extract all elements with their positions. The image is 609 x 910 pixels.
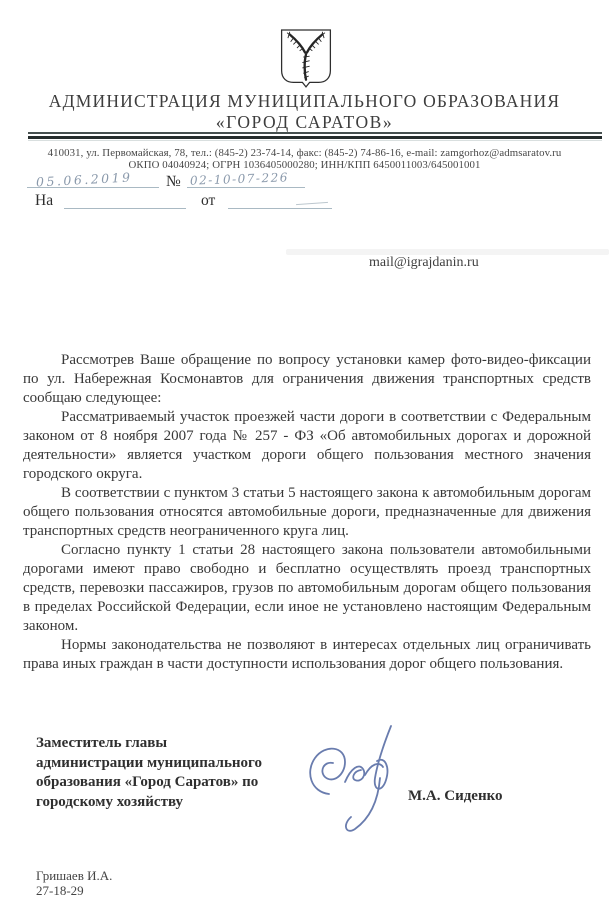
- signatory-position: Заместитель главы администрации муниципа…: [36, 734, 262, 812]
- signatory-position-line: образования «Город Саратов» по: [36, 773, 262, 793]
- signature-autograph-icon: [293, 718, 425, 838]
- executor-block: Гришаев И.А. 27-18-29: [36, 868, 112, 898]
- reply-from-label: от: [201, 192, 215, 210]
- handwritten-dash-mark: [296, 202, 328, 205]
- body-paragraph: Рассмотрев Ваше обращение по вопросу уст…: [23, 351, 591, 408]
- outgoing-number-underline: [187, 187, 305, 188]
- executor-name: Гришаев И.А.: [36, 868, 112, 883]
- executor-phone: 27-18-29: [36, 883, 112, 898]
- body-paragraph: Нормы законодательства не позволяют в ин…: [23, 636, 591, 674]
- letter-body: Рассмотрев Ваше обращение по вопросу уст…: [23, 351, 591, 674]
- header-divider: [28, 132, 602, 141]
- contact-registry-line: ОКПО 04040924; ОГРН 1036405000280; ИНН/К…: [0, 159, 609, 171]
- coat-of-arms-saratov-icon: [278, 26, 334, 90]
- scanned-letter-page: АДМИНИСТРАЦИЯ МУНИЦИПАЛЬНОГО ОБРАЗОВАНИЯ…: [0, 0, 609, 910]
- reply-from-underline: [228, 208, 332, 209]
- org-name-line1: АДМИНИСТРАЦИЯ МУНИЦИПАЛЬНОГО ОБРАЗОВАНИЯ: [0, 91, 609, 112]
- outgoing-number-handwritten: 02-10-07-226: [190, 170, 289, 187]
- contact-address-line: 410031, ул. Первомайская, 78, тел.: (845…: [0, 147, 609, 159]
- number-sign-label: №: [166, 173, 181, 191]
- outgoing-date-underline: [27, 187, 159, 188]
- reply-to-label: На: [35, 192, 53, 210]
- reply-to-underline: [64, 208, 186, 209]
- org-name-line2: «ГОРОД САРАТОВ»: [0, 112, 609, 133]
- recipient-email: mail@igrajdanin.ru: [369, 255, 479, 271]
- signatory-position-line: администрации муниципального: [36, 754, 262, 774]
- signatory-position-line: Заместитель главы: [36, 734, 262, 754]
- signatory-position-line: городскому хозяйству: [36, 793, 262, 813]
- body-paragraph: В соответствии с пунктом 3 статьи 5 наст…: [23, 484, 591, 541]
- body-paragraph: Согласно пункту 1 статьи 28 настоящего з…: [23, 541, 591, 636]
- body-paragraph: Рассматриваемый участок проезжей части д…: [23, 408, 591, 484]
- signatory-name: М.А. Сиденко: [408, 788, 503, 805]
